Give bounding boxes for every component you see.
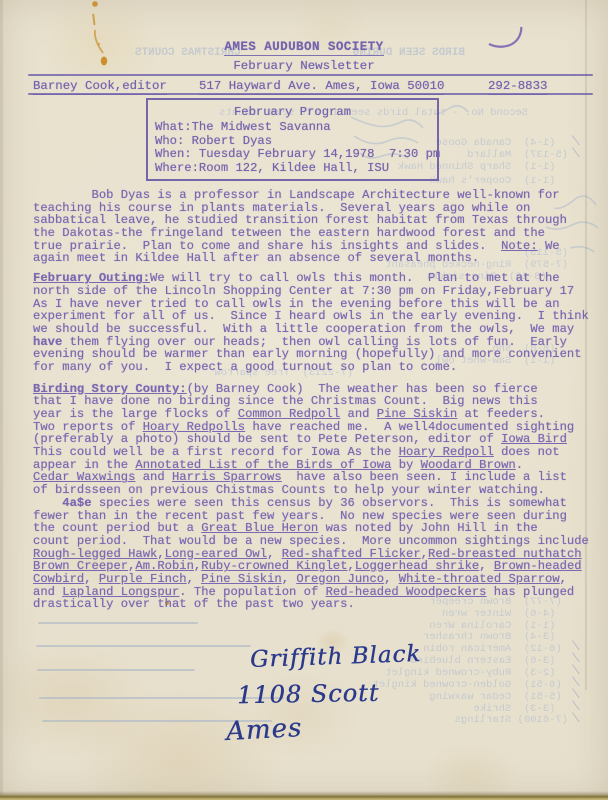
- paragraph: Birding Story County:(by Barney Cook) Th…: [33, 383, 608, 611]
- handwritten-text: 1108 Scott: [237, 679, 380, 709]
- scanned-newsletter-page: BIRDS SEEN DURING CHRISTMAS COUNTSSecond…: [0, 0, 608, 800]
- bottom-page-edge: [0, 791, 608, 800]
- bleedthrough-text: /: [572, 689, 580, 701]
- bleedthrough-text: (3-4) Brown thrasher: [423, 632, 568, 644]
- bleedthrough-text: (3-3) Shrike: [473, 704, 568, 716]
- typewritten-line: 4a$e species were seen this census by 36…: [33, 497, 608, 510]
- bleedthrough-text: (1-1) Cooper's hawk: [429, 176, 568, 188]
- bleedthrough-text: /: [572, 713, 580, 725]
- bleedthrough-text: (7-6100) Starlings: [455, 715, 568, 727]
- bleedthrough-text: /: [572, 136, 580, 148]
- handwritten-text: Griffith Black: [250, 641, 422, 673]
- ruled-line: [36, 645, 251, 647]
- handwritten-text: Ames: [225, 713, 303, 747]
- typewritten-line: year is the large flocks of Common Redpo…: [33, 408, 608, 421]
- masthead: AMES AUDUBON SOCIETY February Newsletter: [0, 37, 608, 74]
- bleedthrough-text: /: [572, 701, 580, 713]
- bleedthrough-text: (5-137) Mallard: [467, 150, 568, 162]
- fold-line: [585, 0, 587, 690]
- newsletter-title: AMES AUDUBON SOCIETY: [224, 40, 383, 56]
- left-edge-shadow: [0, 0, 3, 800]
- program-box: February Program What:The Midwest Savann…: [146, 98, 439, 181]
- bleedthrough-text: (6-12) American robin: [423, 644, 568, 656]
- typewritten-line: of birdsseen on previous Chistmas Counts…: [33, 484, 608, 497]
- typewritten-line: experiment for all of us. Since I heard …: [33, 310, 608, 323]
- ruled-line: [38, 622, 198, 624]
- typewritten-line: February Outing:We will try to call owls…: [33, 272, 608, 285]
- program-box-lines: What:The Midwest SavannaWho: Robert Dyas…: [155, 121, 437, 175]
- bleedthrough-text: (3-6) Eastern bluebird: [410, 656, 568, 668]
- bleedthrough-text: /: [572, 677, 580, 689]
- bleedthrough-text: /: [572, 641, 580, 653]
- program-box-line: Where:Room 122, Kildee Hall, ISU: [155, 162, 437, 176]
- program-box-title: February Program: [148, 100, 437, 119]
- ruled-line: [37, 669, 195, 671]
- bleedthrough-text: (2-3) Ruby-crowned kinglet: [385, 668, 568, 680]
- program-box-line: Who: Robert Dyas: [155, 135, 437, 149]
- bleedthrough-text: (1-4) Canada Goose: [436, 138, 568, 150]
- bleedthrough-text: (1-1) Carolina Wren: [429, 621, 568, 633]
- typewritten-line: drastically over that of the past two ye…: [33, 598, 608, 611]
- bleedthrough-text: /: [572, 148, 580, 160]
- bleedthrough-text: (5-51) Cedar waxwing: [429, 692, 568, 704]
- typewritten-line: Bob Dyas is a professor in Landscape Arc…: [33, 189, 608, 202]
- program-box-line: What:The Midwest Savanna: [155, 121, 437, 135]
- body-text: Bob Dyas is a professor in Landscape Arc…: [33, 189, 608, 611]
- paragraph: February Outing:We will try to call owls…: [33, 272, 608, 374]
- typewritten-line: we should be successful. With a little c…: [33, 323, 608, 336]
- paragraph: Bob Dyas is a professor in Landscape Arc…: [33, 189, 608, 265]
- program-box-line: When: Tuesday February 14,1978 7:30 pm: [155, 148, 437, 162]
- bleedthrough-text: (6-51) Golden-crowned kinglet: [373, 680, 568, 692]
- typewritten-line: the count period but a Great Blue Heron …: [33, 522, 608, 535]
- typewritten-line: for many of you. I expect a good turnout…: [33, 361, 608, 374]
- rule-top: [28, 74, 593, 76]
- rule-bottom: [28, 93, 593, 95]
- typewritten-line: again meet in Kildee Hall after an absen…: [33, 252, 608, 265]
- typewritten-line: north side of the Lincoln Shopping Cente…: [33, 285, 608, 298]
- bleedthrough-text: /: [572, 665, 580, 677]
- newsletter-subtitle: February Newsletter: [233, 59, 374, 73]
- bleedthrough-text: /: [572, 653, 580, 665]
